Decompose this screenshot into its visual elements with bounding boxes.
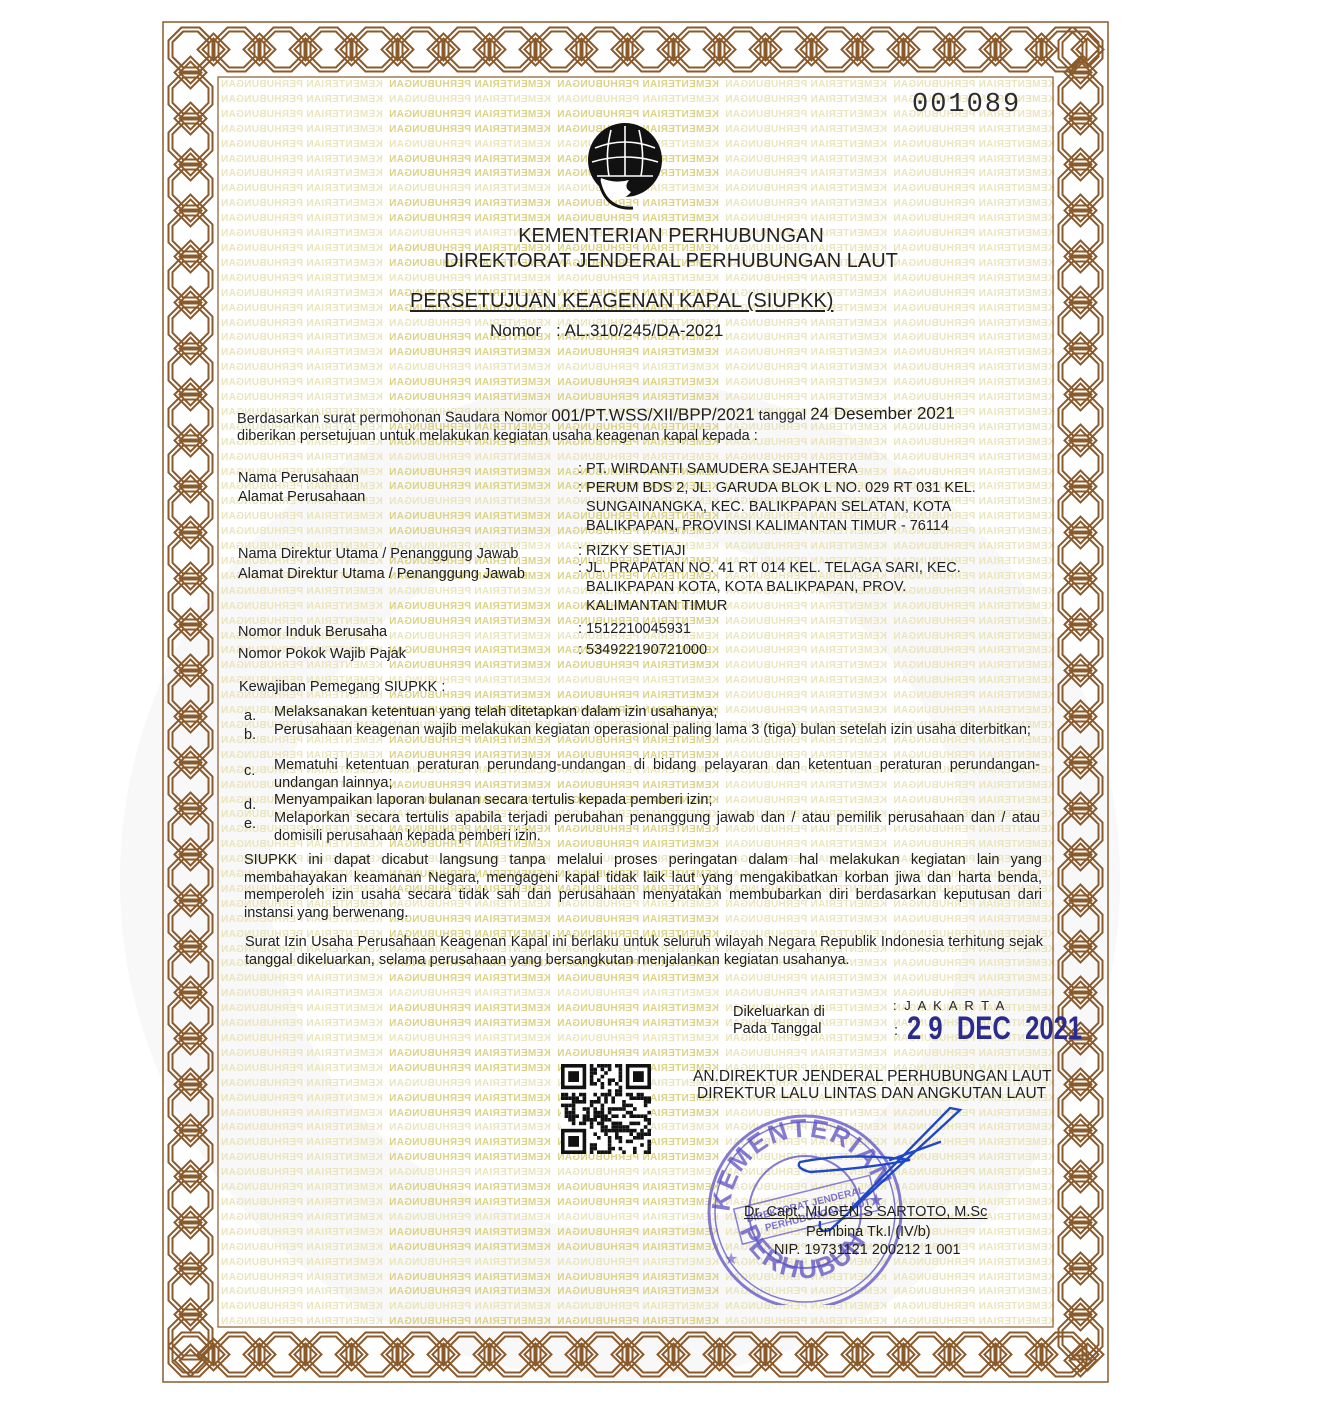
obligation-letter: a. <box>244 708 256 724</box>
obligation-item: Melaksanakan ketentuan yang telah diteta… <box>274 704 1040 722</box>
obligation-item: Melaporkan secara tertulis apabila terja… <box>274 810 1040 845</box>
svg-text:★: ★ <box>724 1251 738 1268</box>
obligation-letter: c. <box>244 763 255 779</box>
serial-number: 001089 <box>912 90 1021 120</box>
obligation-letter: e. <box>244 816 256 832</box>
field-value-company-name: : PT. WIRDANTI SAMUDERA SEJAHTERA <box>578 460 858 479</box>
signatory-rank: Pembina Tk.I (IV/b) <box>806 1224 931 1240</box>
signatory-on-behalf: AN.DIREKTUR JENDERAL PERHUBUNGAN LAUT <box>693 1068 1052 1086</box>
intro-prefix: Berdasarkan surat permohonan Saudara Nom… <box>237 409 547 427</box>
directorate-heading: DIREKTORAT JENDERAL PERHUBUNGAN LAUT <box>0 250 1342 273</box>
request-letter-number: 001/PT.WSS/XII/BPP/2021 <box>551 405 754 425</box>
issued-date-label: Pada Tanggal <box>733 1021 821 1037</box>
intro-line-2: diberikan persetujuan untuk melakukan ke… <box>237 428 758 444</box>
field-value-npwp: : 534922190721000 <box>578 641 707 660</box>
obligation-item: Menyampaikan laporan bulanan secara tert… <box>274 792 1040 810</box>
field-label-company-address: Alamat Perusahaan <box>238 489 365 505</box>
field-label-nib: Nomor Induk Berusaha <box>238 624 387 640</box>
request-letter-date: 24 Desember 2021 <box>810 404 955 424</box>
field-value-director-address: : JL. PRAPATAN NO. 41 RT 014 KEL. TELAGA… <box>578 559 961 616</box>
signatory-nip: NIP. 19731121 200212 1 001 <box>774 1242 961 1258</box>
field-label-director-name: Nama Direktur Utama / Penanggung Jawab <box>238 546 518 562</box>
issued-date-colon: : <box>894 1023 898 1039</box>
revocation-paragraph: SIUPKK ini dapat dicabut langsung tanpa … <box>244 852 1042 922</box>
obligations-heading: Kewajiban Pemegang SIUPKK : <box>239 679 445 695</box>
document-title: PERSETUJUAN KEAGENAN KAPAL (SIUPKK) <box>410 290 833 313</box>
field-value-nib: : 1512210045931 <box>578 620 691 639</box>
certificate-page: KEMENTERIAN PERHUBUNGAN KEMENTERIAN PERH… <box>0 0 1342 1412</box>
ministry-heading: KEMENTERIAN PERHUBUNGAN <box>0 225 1342 248</box>
issued-date-stamp: 2 9 DEC 2021 <box>907 1010 1082 1047</box>
validity-paragraph: Surat Izin Usaha Perusahaan Keagenan Kap… <box>245 934 1043 969</box>
signatory-name: Dr. Capt. MUGEN S SARTOTO, M.Sc <box>744 1204 987 1220</box>
field-value-company-address: : PERUM BDS 2, JL. GARUDA BLOK L NO. 029… <box>578 479 976 536</box>
document-number-label: Nomor <box>490 321 541 341</box>
obligation-letter: d. <box>244 797 256 813</box>
obligation-item: Mematuhi ketentuan peraturan perundang-u… <box>274 757 1040 792</box>
globe-bird-emblem-icon <box>585 118 665 218</box>
field-label-director-address: Alamat Direktur Utama / Penanggung Jawab <box>238 566 525 582</box>
field-label-npwp: Nomor Pokok Wajib Pajak <box>238 646 406 662</box>
obligation-item: Perusahaan keagenan wajib melakukan kegi… <box>274 722 1040 740</box>
issued-place-label: Dikeluarkan di <box>733 1004 825 1020</box>
document-number-value: : AL.310/245/DA-2021 <box>556 321 723 341</box>
qr-code-icon[interactable] <box>561 1063 651 1155</box>
field-label-company-name: Nama Perusahaan <box>238 470 359 486</box>
obligation-letter: b. <box>244 727 256 743</box>
intro-date-word: tanggal <box>759 408 807 424</box>
